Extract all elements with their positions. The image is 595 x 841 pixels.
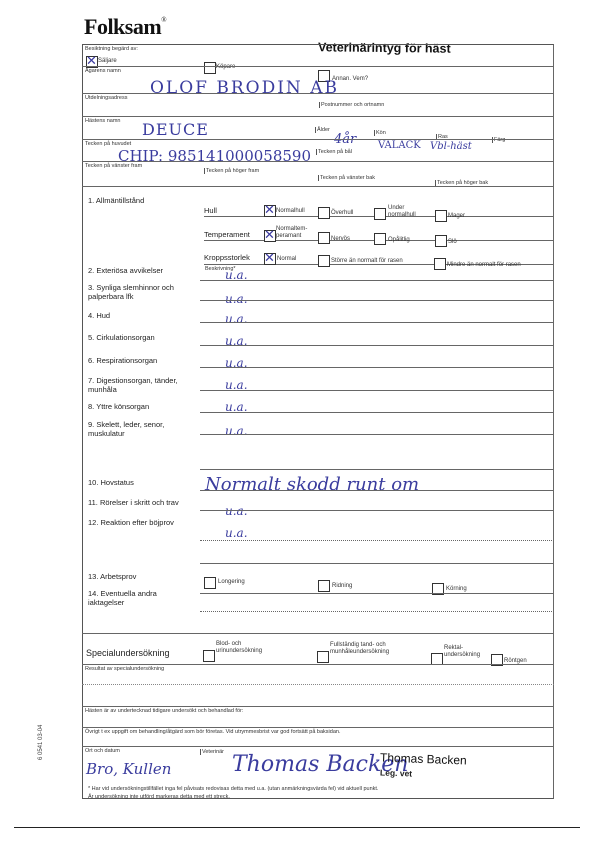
lunging-label: Longering — [218, 579, 245, 586]
work-test-label: 13. Arbetsprov — [88, 572, 136, 581]
divider — [82, 116, 554, 117]
checkbox-normal-size[interactable] — [264, 253, 276, 265]
left-rear-label: Tecken på vänster bak — [318, 175, 375, 181]
exam-item-line — [200, 300, 554, 301]
checkbox-normal-temperament[interactable] — [264, 230, 276, 242]
special-result-label: Resultat av specialundersökning — [85, 666, 164, 672]
exam-item-line — [200, 469, 554, 470]
vet-label: Veterinär — [200, 749, 224, 755]
divider — [82, 706, 554, 707]
divider — [82, 161, 554, 162]
place-date-label: Ort och datum — [85, 748, 120, 754]
checkbox-dental[interactable] — [317, 651, 329, 663]
exam-item-label: 11. Rörelser i skritt och trav — [88, 498, 198, 507]
divider — [82, 66, 554, 67]
larger-size-label: Större än normalt för rasen — [331, 258, 403, 265]
place-date-value[interactable]: Bro, Kullen — [86, 760, 171, 778]
checkbox-blood-urine[interactable] — [203, 650, 215, 662]
divider — [82, 139, 554, 140]
exam-item-line — [200, 345, 554, 346]
exam-item-line — [200, 390, 554, 391]
checkbox-buyer[interactable] — [204, 62, 216, 74]
other-observations-label: 14. Eventuella andra iaktagelser — [88, 589, 188, 607]
address-label: Utdelningsadress — [85, 95, 128, 101]
dental-label: Fullständig tand- och munhåleundersöknin… — [330, 642, 410, 656]
exam-item-value[interactable]: u.a. — [225, 424, 248, 438]
vet-stamp-name: Thomas Backen — [380, 750, 467, 767]
exam-item-label: 5. Cirkulationsorgan — [88, 333, 198, 342]
divider — [82, 746, 554, 747]
left-front-label: Tecken på vänster fram — [85, 163, 142, 169]
vet-stamp-title: Leg. vet — [380, 767, 412, 778]
exam-item-label: 12. Reaktion efter böjprov — [88, 518, 198, 527]
divider — [82, 727, 554, 728]
exam-item-label: 2. Exteriösa avvikelser — [88, 266, 198, 275]
checkbox-mager[interactable] — [435, 210, 447, 222]
registered-mark: ® — [161, 16, 166, 24]
sluggish-label: Slö — [448, 239, 457, 246]
footnote-1: * Har vid undersökningstillfället inga f… — [88, 786, 378, 792]
exam-item-value[interactable]: Normalt skodd runt om — [205, 474, 419, 495]
exam-item-value[interactable]: u.a. — [225, 526, 248, 540]
age-label: Ålder — [315, 127, 330, 133]
requested-by-label: Besiktning begärd av: — [85, 46, 138, 52]
folksam-logo: Folksam® — [84, 14, 166, 40]
horse-name-label: Hästens namn — [85, 118, 120, 124]
other-observations-input[interactable] — [200, 611, 554, 612]
rectal-label: Rektal-undersökning — [444, 645, 480, 659]
previous-treatment-label: Hästen är av undertecknad tidigare under… — [85, 708, 243, 714]
footnote-2: Är undersökning inte utförd markeras det… — [88, 794, 230, 800]
body-marks-label: Tecken på bål — [316, 149, 352, 155]
exam-item-label: 8. Yttre könsorgan — [88, 402, 198, 411]
normal-size-label: Normal — [277, 256, 296, 263]
exam-item-label: 4. Hud — [88, 311, 198, 320]
divider — [82, 664, 554, 665]
exam-item-line — [200, 280, 554, 281]
checkbox-unreliable[interactable] — [374, 233, 386, 245]
other-notes-label: Övrigt t ex uppgift om behandling/åtgärd… — [85, 729, 340, 735]
normalhull-label: Normalhull — [276, 208, 305, 215]
mager-label: Mager — [448, 213, 465, 220]
sex-value[interactable]: VALACK — [378, 140, 421, 151]
exam-item-value[interactable]: u.a. — [225, 312, 248, 326]
form-code: 6 0541 03-04 — [38, 725, 44, 760]
exam-item-label: 6. Respirationsorgan — [88, 356, 198, 365]
divider — [82, 93, 554, 94]
temperament-label: Temperament — [204, 230, 250, 239]
exam-item-line — [200, 510, 554, 511]
exam-item-line — [200, 540, 554, 541]
checkbox-larger-size[interactable] — [318, 255, 330, 267]
special-exam-label: Specialundersökning — [86, 649, 170, 658]
owner-name-value[interactable]: OLOF BRODIN AB — [150, 78, 339, 98]
exam-item-label: 7. Digestionsorgan, tänder, munhåla — [88, 376, 198, 394]
driving-label: Körning — [446, 586, 467, 593]
checkbox-normalhull[interactable] — [264, 205, 276, 217]
checkbox-sluggish[interactable] — [435, 235, 447, 247]
body-size-label: Kroppsstorlek — [204, 253, 250, 262]
under-normalhull-label: Under normalhull — [388, 205, 428, 219]
exam-item-line — [200, 434, 554, 435]
horse-name-value[interactable]: DEUCE — [142, 120, 209, 139]
brand-name: Folksam — [84, 14, 161, 39]
smaller-size-label: Mindre än normalt för rasen — [447, 262, 521, 269]
hull-label: Hull — [204, 206, 217, 215]
head-marks-value[interactable]: CHIP: 985141000058590 — [118, 147, 311, 165]
overhull-label: Överhull — [331, 210, 353, 217]
checkbox-nervous[interactable] — [318, 232, 330, 244]
exam-item-label: 10. Hovstatus — [88, 478, 198, 487]
checkbox-under-normalhull[interactable] — [374, 208, 386, 220]
blood-urine-label: Blod- och urinundersökning — [216, 641, 276, 655]
exam-item-value[interactable]: u.a. — [225, 504, 248, 518]
normal-temperament-label: Normaltem-peramant — [276, 226, 314, 240]
divider — [82, 633, 554, 634]
sex-label: Kön — [374, 130, 386, 136]
page-edge — [14, 827, 580, 828]
nervous-label: Nervös — [331, 236, 350, 243]
exam-item-value[interactable]: u.a. — [225, 292, 248, 306]
right-front-label: Tecken på höger fram — [204, 168, 259, 174]
exam-item-line — [200, 412, 554, 413]
exam-item-line — [200, 490, 554, 491]
breed-value[interactable]: Vbl-häst — [430, 141, 472, 152]
divider — [82, 186, 554, 187]
row-line — [200, 563, 554, 564]
checkbox-smaller-size[interactable] — [434, 258, 446, 270]
option-seller-label: Säljare — [98, 58, 117, 65]
exam-item-label: 3. Synliga slemhinnor och palperbara lfk — [88, 283, 198, 301]
color-label: Färg — [492, 137, 505, 143]
checkbox-overhull[interactable] — [318, 207, 330, 219]
riding-label: Ridning — [332, 583, 352, 590]
exam-item-line — [200, 322, 554, 323]
exam-item-label: 9. Skelett, leder, senor, muskulatur — [88, 420, 198, 438]
owner-name-label: Ägarens namn — [85, 68, 121, 74]
postal-label: Postnummer och ortnamn — [319, 102, 384, 108]
special-result-input[interactable] — [82, 684, 554, 685]
checkbox-lunging[interactable] — [204, 577, 216, 589]
checkbox-riding[interactable] — [318, 580, 330, 592]
exam-item-line — [200, 367, 554, 368]
general-condition-label: 1. Allmäntillstånd — [88, 196, 144, 205]
row-line — [200, 593, 554, 594]
unreliable-label: Opålitlig — [388, 237, 410, 244]
